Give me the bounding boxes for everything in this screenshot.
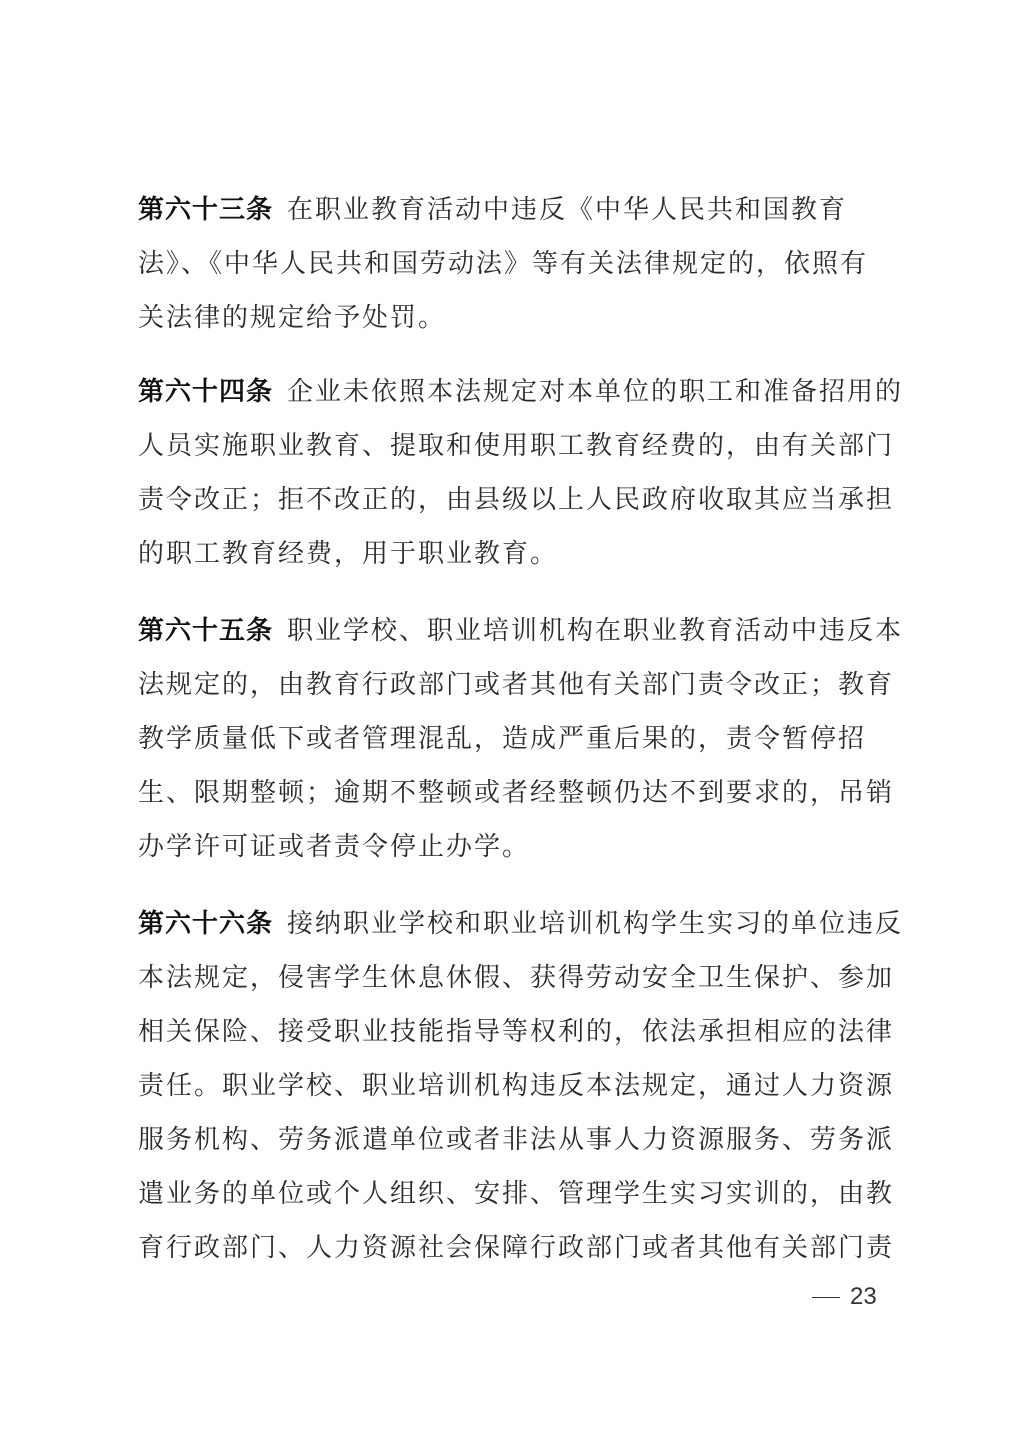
article-line: 服务机构、劳务派遣单位或者非法从事人力资源服务、劳务派 xyxy=(138,1120,894,1160)
article-line: 法规定的，由教育行政部门或者其他有关部门责令改正；教育 xyxy=(138,665,894,705)
article-line: 责令改正；拒不改正的，由县级以上人民政府收取其应当承担 xyxy=(138,480,894,520)
page-number: 23 xyxy=(812,1281,877,1313)
article-line: 责任。职业学校、职业培训机构违反本法规定，通过人力资源 xyxy=(138,1066,894,1106)
article-line: 相关保险、接受职业技能指导等权利的，依法承担相应的法律 xyxy=(138,1012,894,1052)
article-line: 办学许可证或者责令停止办学。 xyxy=(138,827,530,867)
article-line: 第六十四条企业未依照本法规定对本单位的职工和准备招用的 xyxy=(138,372,903,412)
article-line: 遣业务的单位或个人组织、安排、管理学生实习实训的，由教 xyxy=(138,1174,894,1214)
article-line: 第六十六条接纳职业学校和职业培训机构学生实习的单位违反 xyxy=(138,904,903,944)
article-line: 本法规定，侵害学生休息休假、获得劳动安全卫生保护、参加 xyxy=(138,958,894,998)
document-page: 第六十三条在职业教育活动中违反《中华人民共和国教育 法》、《中华人民共和国劳动法… xyxy=(0,0,1024,1448)
article-heading: 第六十五条 xyxy=(138,616,273,646)
dash-icon xyxy=(812,1297,840,1299)
article-heading: 第六十六条 xyxy=(138,909,273,939)
article-heading: 第六十四条 xyxy=(138,377,273,407)
article-line: 的职工教育经费，用于职业教育。 xyxy=(138,534,558,574)
article-heading: 第六十三条 xyxy=(138,195,273,225)
article-line: 育行政部门、人力资源社会保障行政部门或者其他有关部门责 xyxy=(138,1228,894,1268)
article-line: 教学质量低下或者管理混乱，造成严重后果的，责令暂停招 xyxy=(138,719,866,759)
article-line: 人员实施职业教育、提取和使用职工教育经费的，由有关部门 xyxy=(138,426,894,466)
article-line: 第六十三条在职业教育活动中违反《中华人民共和国教育 xyxy=(138,190,847,230)
article-line: 关法律的规定给予处罚。 xyxy=(138,298,446,338)
article-line: 第六十五条职业学校、职业培训机构在职业教育活动中违反本 xyxy=(138,611,903,651)
article-line: 生、限期整顿；逾期不整顿或者经整顿仍达不到要求的，吊销 xyxy=(138,773,894,813)
article-line: 法》、《中华人民共和国劳动法》等有关法律规定的，依照有 xyxy=(138,244,868,284)
